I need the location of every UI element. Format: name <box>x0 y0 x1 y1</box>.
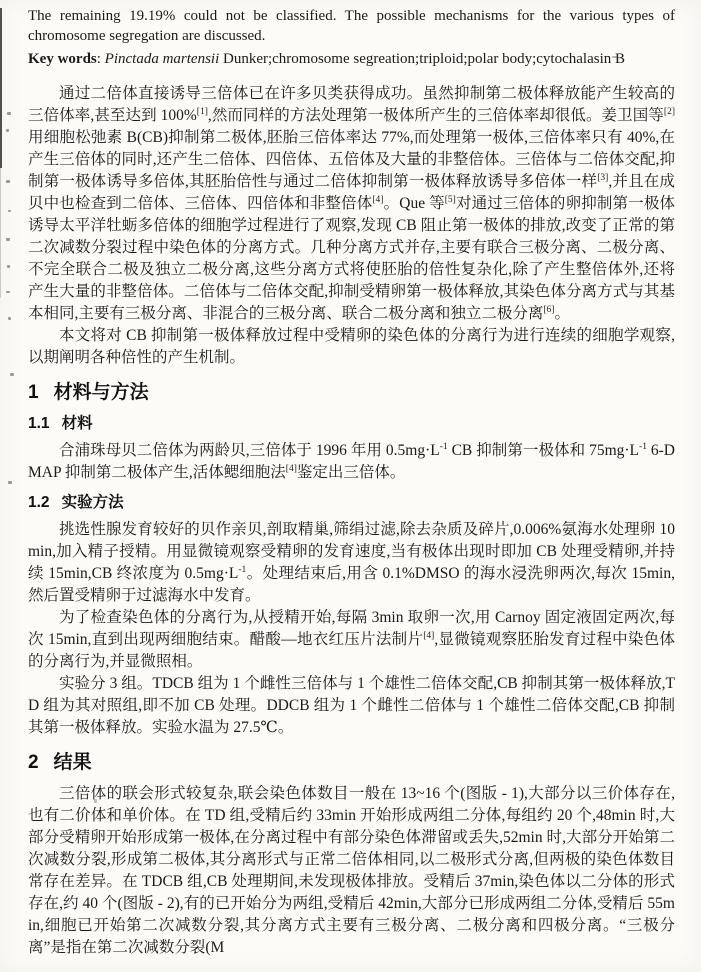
subsection-1-1-title: 材料 <box>62 415 93 432</box>
scan-speck <box>6 180 10 183</box>
scan-speck <box>8 481 12 484</box>
scan-speck <box>6 129 9 132</box>
scan-speck <box>94 799 97 803</box>
scan-speck <box>6 291 10 293</box>
intro-paragraph-1: 通过二倍体直接诱导三倍体已在许多贝类获得成功。虽然抑制第二极体释放能产生较高的三… <box>28 83 675 325</box>
methods-paragraph-1: 挑选性腺发育较好的贝作亲贝,剖取精巢,筛绢过滤,除去杂质及碎片,0.006%氨海… <box>28 519 675 607</box>
subsection-1-1-heading: 1.1材料 <box>28 413 675 434</box>
scan-speck <box>612 56 618 58</box>
subsection-1-1-number: 1.1 <box>28 415 50 432</box>
methods-paragraph-3: 实验分 3 组。TDCB 组为 1 个雌性三倍体与 1 个雄性二倍体交配,CB … <box>28 673 675 739</box>
section-2-title: 结果 <box>54 752 92 773</box>
results-paragraph: 三倍体的联会形式较复杂,联会染色体数目一般在 13~16 个(图版 - 1),大… <box>28 783 675 959</box>
subsection-1-2-number: 1.2 <box>28 494 50 511</box>
section-2-number: 2 <box>28 752 39 773</box>
methods-paragraph-2: 为了检查染色体的分离行为,从授精开始,每隔 3min 取卵一次,用 Carnoy… <box>28 607 675 673</box>
scan-speck <box>8 317 11 320</box>
scan-speck <box>7 112 11 115</box>
scanned-page: The remaining 19.19% could not be classi… <box>0 0 701 972</box>
scan-edge-artifact-fade <box>0 168 1 298</box>
scan-speck <box>7 265 10 268</box>
materials-paragraph: 合浦珠母贝二倍体为两龄贝,三倍体于 1996 年用 0.5mg·L-1 CB 抑… <box>28 440 675 484</box>
scan-speck <box>6 238 10 241</box>
subsection-1-2-title: 实验方法 <box>62 494 124 511</box>
section-1-number: 1 <box>28 382 39 403</box>
keywords-line: Key words: Pinctada martensii Dunker;chr… <box>28 49 675 69</box>
section-1-heading: 1材料与方法 <box>28 381 675 405</box>
subsection-1-2-heading: 1.2实验方法 <box>28 492 675 513</box>
section-1-title: 材料与方法 <box>54 382 149 403</box>
scan-speck <box>10 373 14 376</box>
intro-paragraph-2: 本文将对 CB 抑制第一极体释放过程中受精卵的染色体的分离行为进行连续的细胞学观… <box>28 325 675 369</box>
scan-edge-artifact <box>0 8 2 168</box>
section-2-heading: 2结果 <box>28 751 675 775</box>
abstract-tail-text: The remaining 19.19% could not be classi… <box>28 6 675 46</box>
scan-speck <box>8 210 11 212</box>
